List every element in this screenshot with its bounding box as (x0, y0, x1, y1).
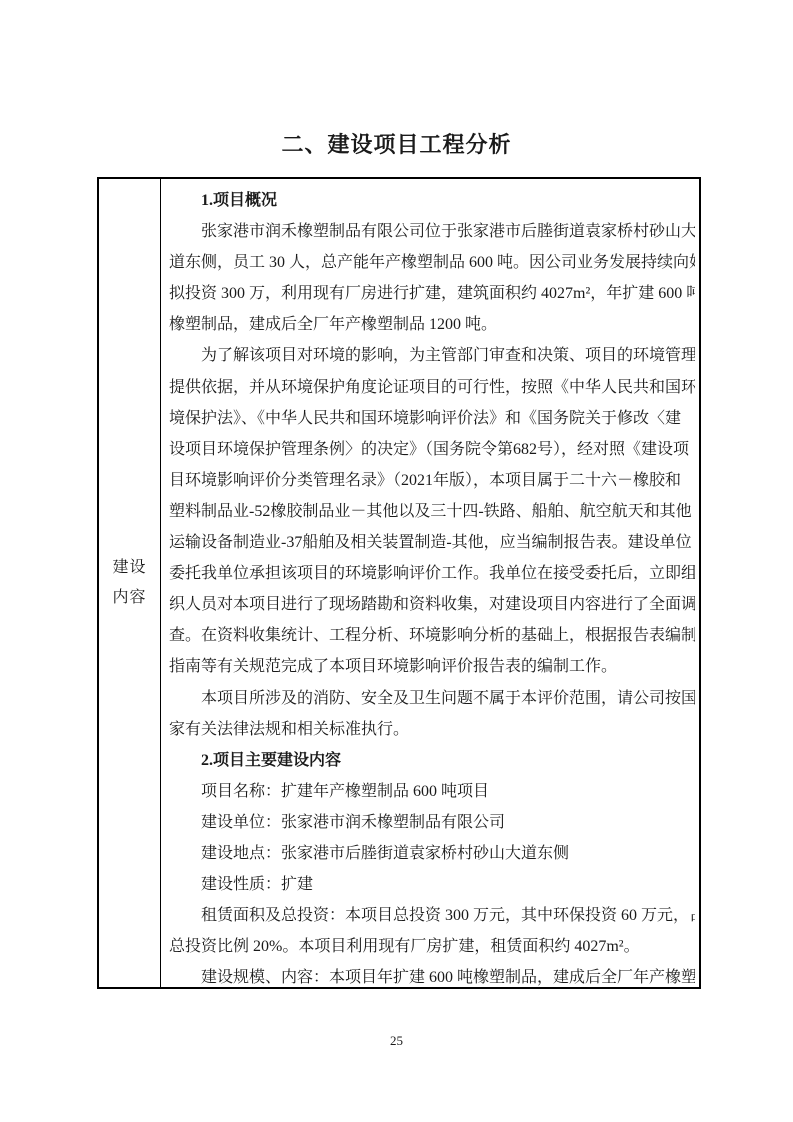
row-header-cell: 建设 内容 (99, 179, 161, 987)
document-line: 目环境影响评价分类管理名录》（2021年版），本项目属于二十六－橡胶和 (169, 465, 695, 496)
document-page: 二、建设项目工程分析 建设 内容 1.项目概况张家港市润禾橡塑制品有限公司位于张… (0, 0, 793, 1122)
document-line: 指南等有关规范完成了本项目环境影响评价报告表的编制工作。 (169, 651, 695, 682)
document-line: 建设规模、内容：本项目年扩建 600 吨橡塑制品，建成后全厂年产橡塑 (169, 962, 695, 987)
document-line: 建设地点：张家港市后塍街道袁家桥村砂山大道东侧 (169, 838, 695, 869)
document-line: 设项目环境保护管理条例〉的决定》（国务院令第682号），经对照《建设项 (169, 434, 695, 465)
document-line: 橡塑制品，建成后全厂年产橡塑制品 1200 吨。 (169, 309, 695, 340)
document-line: 织人员对本项目进行了现场踏勘和资料收集，对建设项目内容进行了全面调 (169, 589, 695, 620)
document-line: 提供依据，并从环境保护角度论证项目的可行性，按照《中华人民共和国环 (169, 372, 695, 403)
document-line: 塑料制品业-52橡胶制品业－其他以及三十四-铁路、船舶、航空航天和其他 (169, 496, 695, 527)
table-content-cell: 1.项目概况张家港市润禾橡塑制品有限公司位于张家港市后塍街道袁家桥村砂山大道东侧… (161, 179, 699, 987)
document-line: 1.项目概况 (169, 185, 695, 216)
document-line: 本项目所涉及的消防、安全及卫生问题不属于本评价范围，请公司按国 (169, 683, 695, 714)
document-line: 查。在资料收集统计、工程分析、环境影响分析的基础上，根据报告表编制 (169, 620, 695, 651)
document-line: 项目名称：扩建年产橡塑制品 600 吨项目 (169, 776, 695, 807)
document-line: 家有关法律法规和相关标准执行。 (169, 714, 695, 745)
document-line: 建设单位：张家港市润禾橡塑制品有限公司 (169, 807, 695, 838)
document-line: 为了解该项目对环境的影响，为主管部门审查和决策、项目的环境管理 (169, 340, 695, 371)
document-line: 委托我单位承担该项目的环境影响评价工作。我单位在接受委托后，立即组 (169, 558, 695, 589)
page-number: 25 (0, 1033, 793, 1049)
document-line: 境保护法》、《中华人民共和国环境影响评价法》和《国务院关于修改〈建 (169, 403, 695, 434)
document-line: 拟投资 300 万，利用现有厂房进行扩建，建筑面积约 4027m²，年扩建 60… (169, 278, 695, 309)
document-line: 建设性质：扩建 (169, 869, 695, 900)
row-header-label-line2: 内容 (112, 583, 146, 613)
document-line: 2.项目主要建设内容 (169, 745, 695, 776)
content-table: 建设 内容 1.项目概况张家港市润禾橡塑制品有限公司位于张家港市后塍街道袁家桥村… (97, 177, 701, 989)
document-line: 总投资比例 20%。本项目利用现有厂房扩建，租赁面积约 4027m²。 (169, 931, 695, 962)
row-header-label-line1: 建设 (112, 553, 146, 583)
document-line: 道东侧，员工 30 人，总产能年产橡塑制品 600 吨。因公司业务发展持续向好， (169, 247, 695, 278)
document-line: 运输设备制造业-37船舶及相关装置制造-其他，应当编制报告表。建设单位 (169, 527, 695, 558)
document-line: 租赁面积及总投资：本项目总投资 300 万元，其中环保投资 60 万元，占 (169, 900, 695, 931)
page-title: 二、建设项目工程分析 (0, 128, 793, 159)
document-line: 张家港市润禾橡塑制品有限公司位于张家港市后塍街道袁家桥村砂山大 (169, 216, 695, 247)
